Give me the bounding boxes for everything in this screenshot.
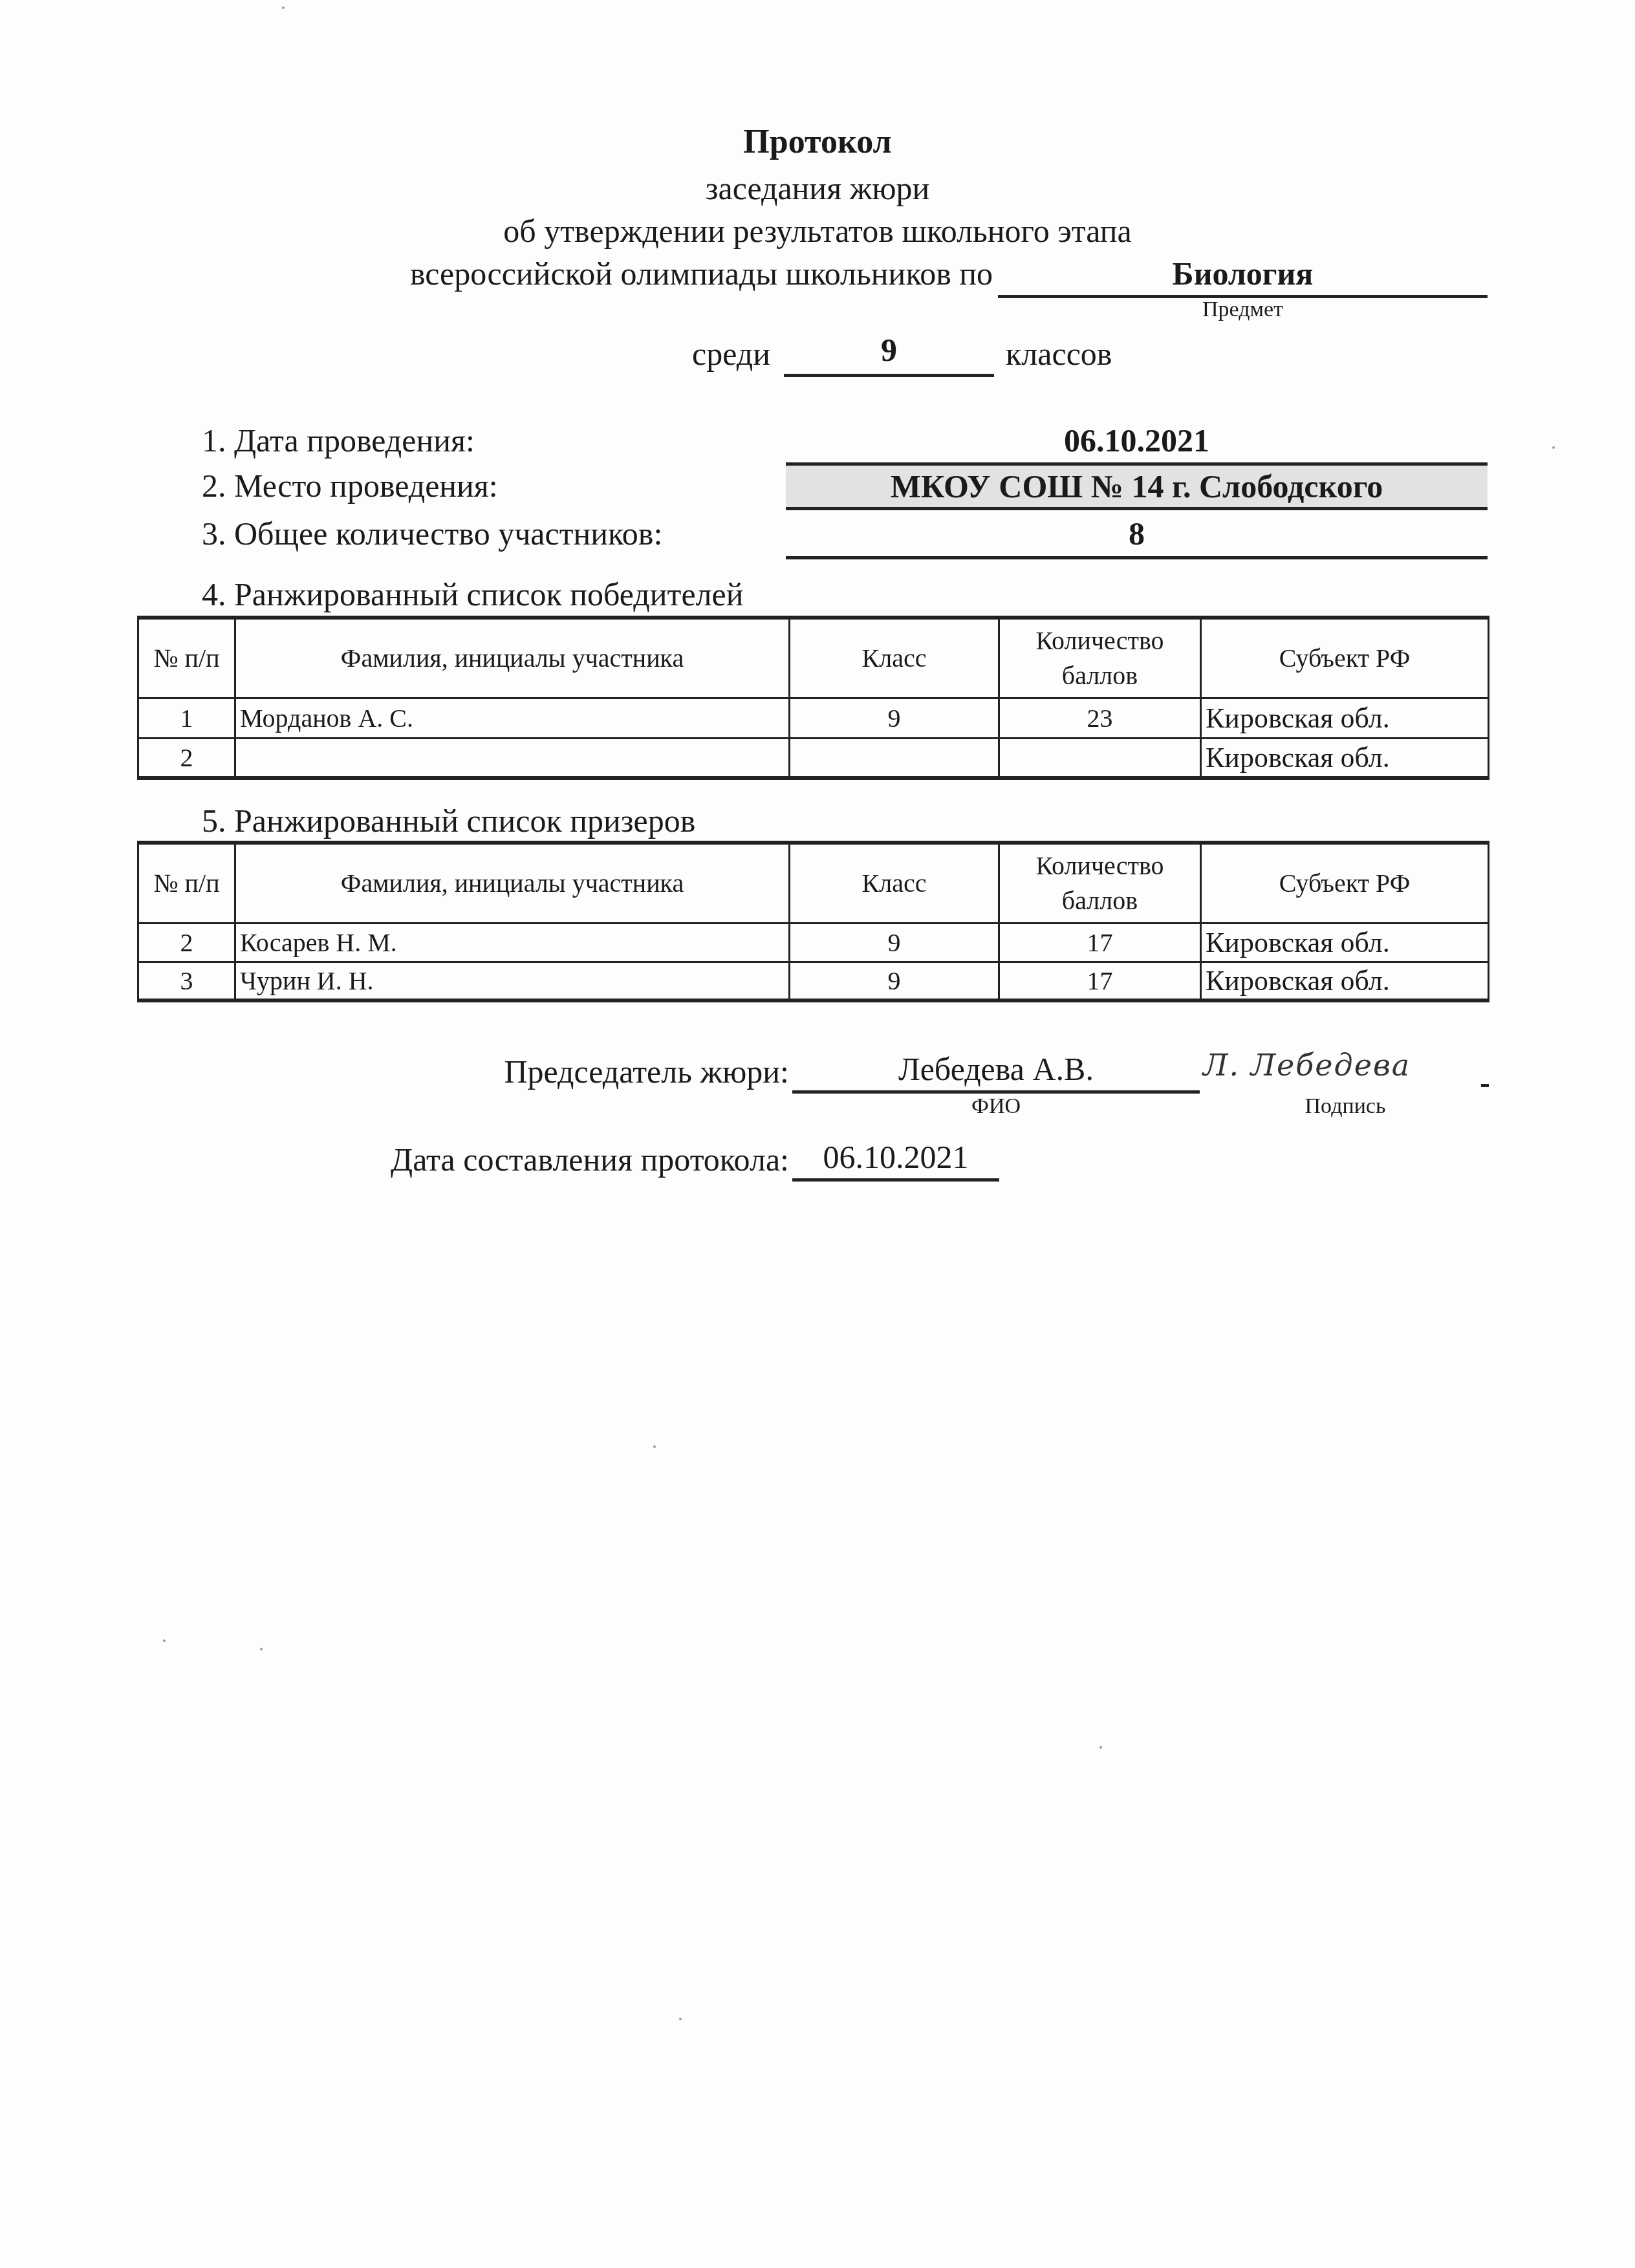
prizewinners-heading: 5. Ранжированный список призеров <box>202 802 695 839</box>
col-header-name: Фамилия, инициалы участника <box>235 618 790 698</box>
cell-score: 23 <box>999 698 1201 738</box>
protocol-date-label: Дата составления протокола: <box>259 1141 789 1178</box>
chair-label: Председатель жюри: <box>388 1053 789 1090</box>
cell-num: 2 <box>138 738 235 778</box>
chair-name-field: Лебедева А.В. <box>792 1050 1200 1094</box>
table-header-row: № п/п Фамилия, инициалы участника Класс … <box>138 843 1489 923</box>
scan-speck <box>282 6 285 9</box>
info-value-place: МКОУ СОШ № 14 г. Слободского <box>786 466 1488 510</box>
col-header-name: Фамилия, инициалы участника <box>235 843 790 923</box>
col-header-grade: Класс <box>790 618 999 698</box>
cell-num: 3 <box>138 962 235 1000</box>
winners-table: № п/п Фамилия, инициалы участника Класс … <box>137 616 1489 780</box>
signature-line-end <box>1481 1084 1489 1087</box>
cell-region: Кировская обл. <box>1201 962 1489 1000</box>
info-value-date: 06.10.2021 <box>786 422 1488 466</box>
cell-region: Кировская обл. <box>1201 738 1489 778</box>
scan-speck <box>679 2018 682 2020</box>
cell-name: Морданов А. С. <box>235 698 790 738</box>
col-header-region: Субъект РФ <box>1201 843 1489 923</box>
info-label-place: 2. Место проведения: <box>202 467 498 504</box>
table-row: 2 Кировская обл. <box>138 738 1489 778</box>
prizewinners-table: № п/п Фамилия, инициалы участника Класс … <box>137 841 1489 1002</box>
cell-name: Чурин И. Н. <box>235 962 790 1000</box>
info-label-participants: 3. Общее количество участников: <box>202 515 662 552</box>
table-row: 1 Морданов А. С. 9 23 Кировская обл. <box>138 698 1489 738</box>
cell-grade: 9 <box>790 698 999 738</box>
cell-name <box>235 738 790 778</box>
scan-speck <box>163 1639 166 1642</box>
cell-region: Кировская обл. <box>1201 698 1489 738</box>
winners-heading: 4. Ранжированный список победителей <box>202 576 743 613</box>
scan-speck <box>653 1445 656 1448</box>
table-row: 2 Косарев Н. М. 9 17 Кировская обл. <box>138 923 1489 962</box>
scan-speck <box>1552 446 1555 449</box>
info-value-participants: 8 <box>786 515 1488 559</box>
table-row: 3 Чурин И. Н. 9 17 Кировская обл. <box>138 962 1489 1000</box>
table-header-row: № п/п Фамилия, инициалы участника Класс … <box>138 618 1489 698</box>
cell-grade <box>790 738 999 778</box>
subject-field: Биология <box>998 255 1488 298</box>
grade-suffix: классов <box>1006 335 1112 373</box>
col-header-num: № п/п <box>138 618 235 698</box>
title-line-1: заседания жюри <box>0 169 1635 207</box>
cell-grade: 9 <box>790 962 999 1000</box>
col-header-region: Субъект РФ <box>1201 618 1489 698</box>
title-line-2: об утверждении результатов школьного эта… <box>0 212 1635 250</box>
cell-num: 1 <box>138 698 235 738</box>
col-header-score: Количество баллов <box>999 618 1201 698</box>
cell-num: 2 <box>138 923 235 962</box>
scan-speck <box>1099 1746 1102 1749</box>
col-header-num: № п/п <box>138 843 235 923</box>
subject-caption: Предмет <box>998 297 1488 322</box>
col-header-score: Количество баллов <box>999 843 1201 923</box>
grade-prefix: среди <box>692 335 770 373</box>
title-line-3: всероссийской олимпиады школьников по <box>327 255 993 292</box>
protocol-date-field: 06.10.2021 <box>792 1138 999 1182</box>
cell-score <box>999 738 1201 778</box>
document-title: Протокол <box>0 123 1635 161</box>
chair-signature: Л. Лебедева <box>1203 1048 1488 1083</box>
scan-speck <box>260 1648 263 1650</box>
chair-name-caption: ФИО <box>792 1094 1200 1119</box>
col-header-grade: Класс <box>790 843 999 923</box>
cell-score: 17 <box>999 962 1201 1000</box>
cell-grade: 9 <box>790 923 999 962</box>
grade-field: 9 <box>784 331 994 377</box>
cell-name: Косарев Н. М. <box>235 923 790 962</box>
info-label-date: 1. Дата проведения: <box>202 422 475 459</box>
signature-caption: Подпись <box>1248 1094 1442 1119</box>
cell-score: 17 <box>999 923 1201 962</box>
cell-region: Кировская обл. <box>1201 923 1489 962</box>
